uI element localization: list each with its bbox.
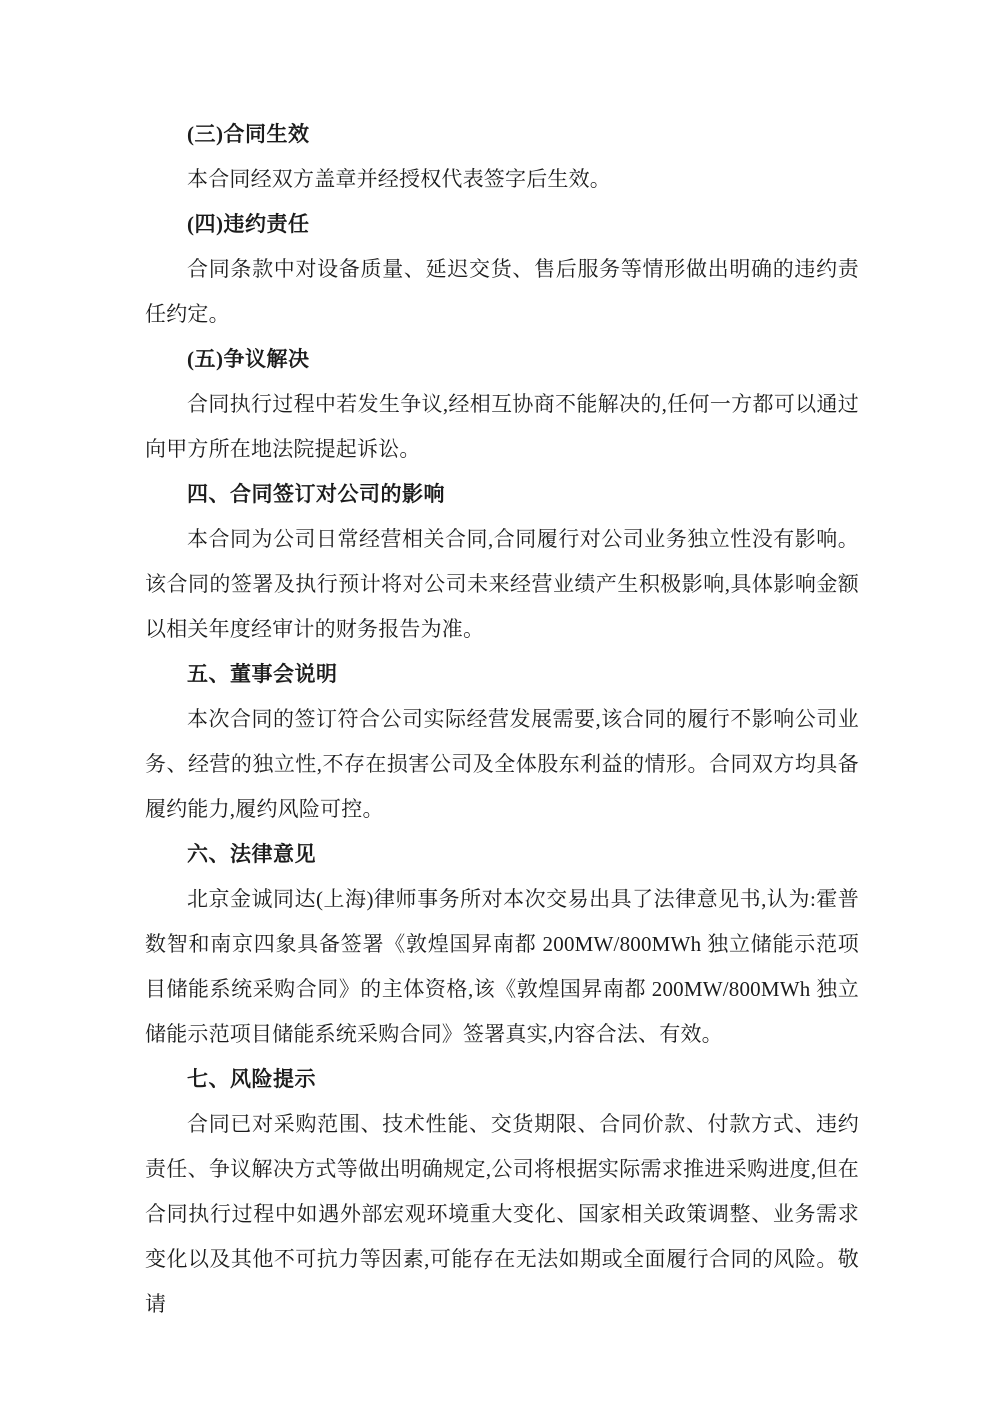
- section-heading-dispute-resolution: (五)争议解决: [145, 337, 859, 382]
- section-heading-board-statement: 五、董事会说明: [145, 652, 859, 697]
- paragraph-risk-warning: 合同已对采购范围、技术性能、交货期限、合同价款、付款方式、违约责任、争议解决方式…: [145, 1102, 859, 1327]
- section-heading-impact-on-company: 四、合同签订对公司的影响: [145, 472, 859, 517]
- section-heading-risk-warning: 七、风险提示: [145, 1057, 859, 1102]
- section-heading-breach-liability: (四)违约责任: [145, 202, 859, 247]
- paragraph-contract-effectiveness: 本合同经双方盖章并经授权代表签字后生效。: [145, 157, 859, 202]
- document-content: (三)合同生效 本合同经双方盖章并经授权代表签字后生效。 (四)违约责任 合同条…: [145, 112, 859, 1327]
- paragraph-breach-liability: 合同条款中对设备质量、延迟交货、售后服务等情形做出明确的违约责任约定。: [145, 247, 859, 337]
- section-heading-contract-effectiveness: (三)合同生效: [145, 112, 859, 157]
- paragraph-dispute-resolution: 合同执行过程中若发生争议,经相互协商不能解决的,任何一方都可以通过向甲方所在地法…: [145, 382, 859, 472]
- paragraph-impact-on-company: 本合同为公司日常经营相关合同,合同履行对公司业务独立性没有影响。该合同的签署及执…: [145, 517, 859, 652]
- section-heading-legal-opinion: 六、法律意见: [145, 832, 859, 877]
- document-page: (三)合同生效 本合同经双方盖章并经授权代表签字后生效。 (四)违约责任 合同条…: [0, 0, 1000, 1414]
- paragraph-board-statement: 本次合同的签订符合公司实际经营发展需要,该合同的履行不影响公司业务、经营的独立性…: [145, 697, 859, 832]
- paragraph-legal-opinion: 北京金诚同达(上海)律师事务所对本次交易出具了法律意见书,认为:霍普数智和南京四…: [145, 877, 859, 1057]
